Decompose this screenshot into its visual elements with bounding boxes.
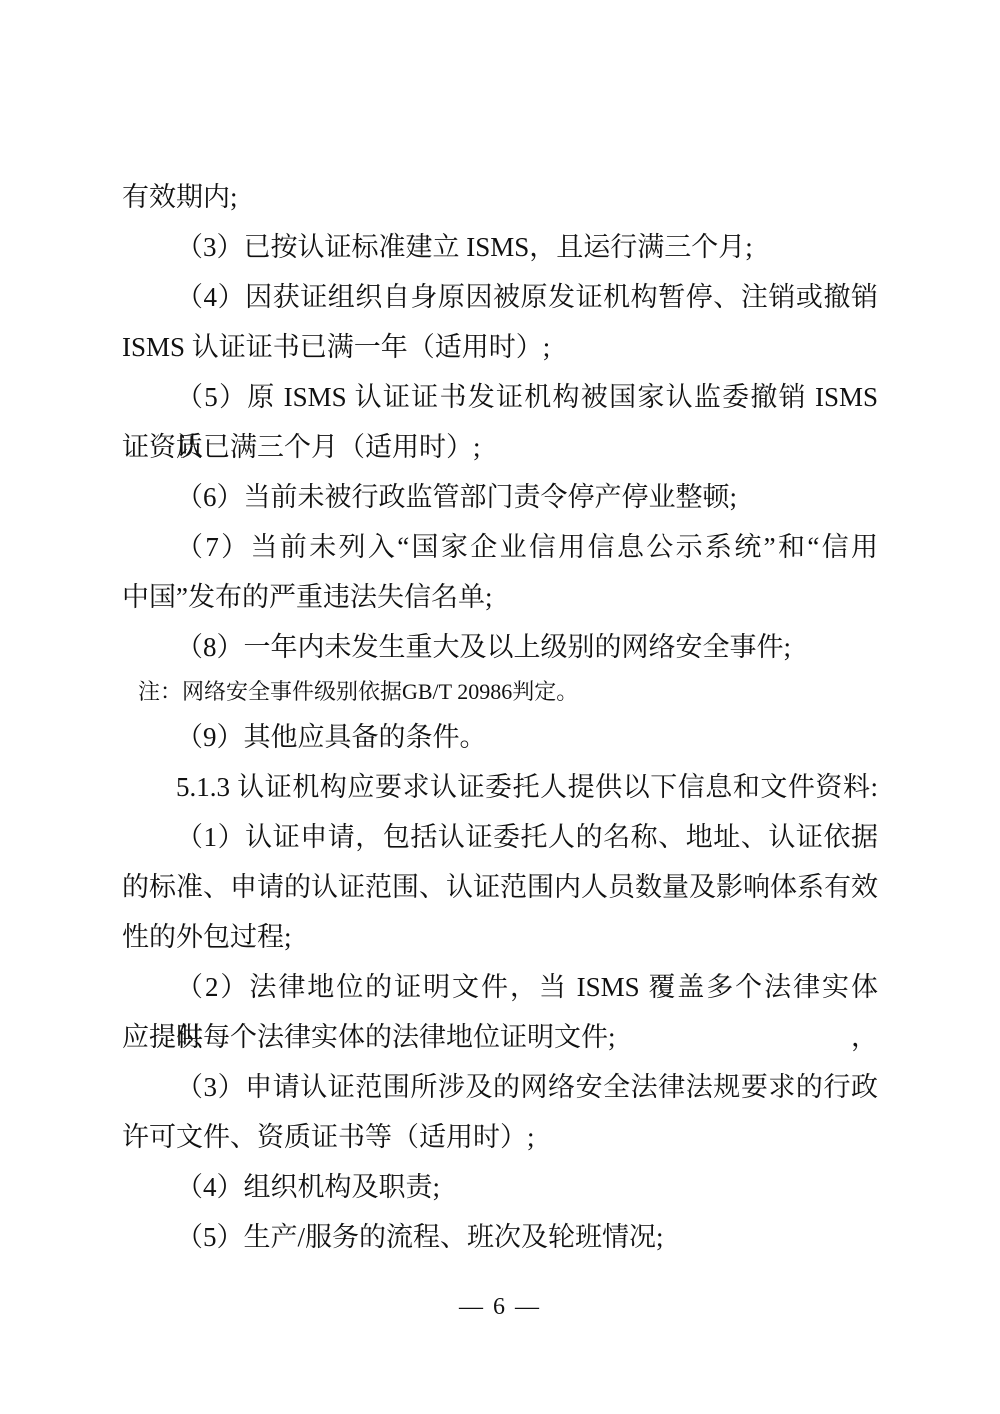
list-item-6-line: （6）当前未被行政监管部门责令停产停业整顿; [122,472,878,522]
document-body: 有效期内; （3）已按认证标准建立 ISMS，且运行满三个月; （4）因获证组织… [122,172,878,1262]
list-item-5-line-2: 证资质已满三个月（适用时）; [122,422,878,472]
list-item-9-line: （9）其他应具备的条件。 [122,712,878,762]
list-item-1-line-3: 性的外包过程; [122,912,878,962]
list-item-7-line-1: （7）当前未列入“国家企业信用信息公示系统”和“信用 [122,522,878,572]
list-item-8-line: （8）一年内未发生重大及以上级别的网络安全事件; [122,622,878,672]
list-item-2-line-1: （2）法律地位的证明文件，当 ISMS 覆盖多个法律实体时， [122,962,878,1012]
list-item-4-line-2: ISMS 认证证书已满一年（适用时）; [122,322,878,372]
document-page: 有效期内; （3）已按认证标准建立 ISMS，且运行满三个月; （4）因获证组织… [0,0,1000,1414]
list-item-3-line: （3）已按认证标准建立 ISMS，且运行满三个月; [122,222,878,272]
section-5-1-3-heading-line: 5.1.3 认证机构应要求认证委托人提供以下信息和文件资料: [122,762,878,812]
list-item-3b-line-1: （3）申请认证范围所涉及的网络安全法律法规要求的行政 [122,1062,878,1112]
list-item-1-line-1: （1）认证申请，包括认证委托人的名称、地址、认证依据 [122,812,878,862]
list-item-7-line-2: 中国”发布的严重违法失信名单; [122,572,878,622]
list-item-5b-line: （5）生产/服务的流程、班次及轮班情况; [122,1212,878,1262]
list-item-4b-line: （4）组织机构及职责; [122,1162,878,1212]
page-number: — 6 — [459,1294,541,1320]
list-item-3b-line-2: 许可文件、资质证书等（适用时）; [122,1112,878,1162]
list-item-1-line-2: 的标准、申请的认证范围、认证范围内人员数量及影响体系有效 [122,862,878,912]
paragraph-continuation-line: 有效期内; [122,172,878,222]
page-footer: — 6 — [0,1292,1000,1322]
list-item-4-line-1: （4）因获证组织自身原因被原发证机构暂停、注销或撤销 [122,272,878,322]
list-item-5-line-1: （5）原 ISMS 认证证书发证机构被国家认监委撤销 ISMS 认 [122,372,878,422]
note-line: 注：网络安全事件级别依据GB/T 20986判定。 [122,672,878,712]
